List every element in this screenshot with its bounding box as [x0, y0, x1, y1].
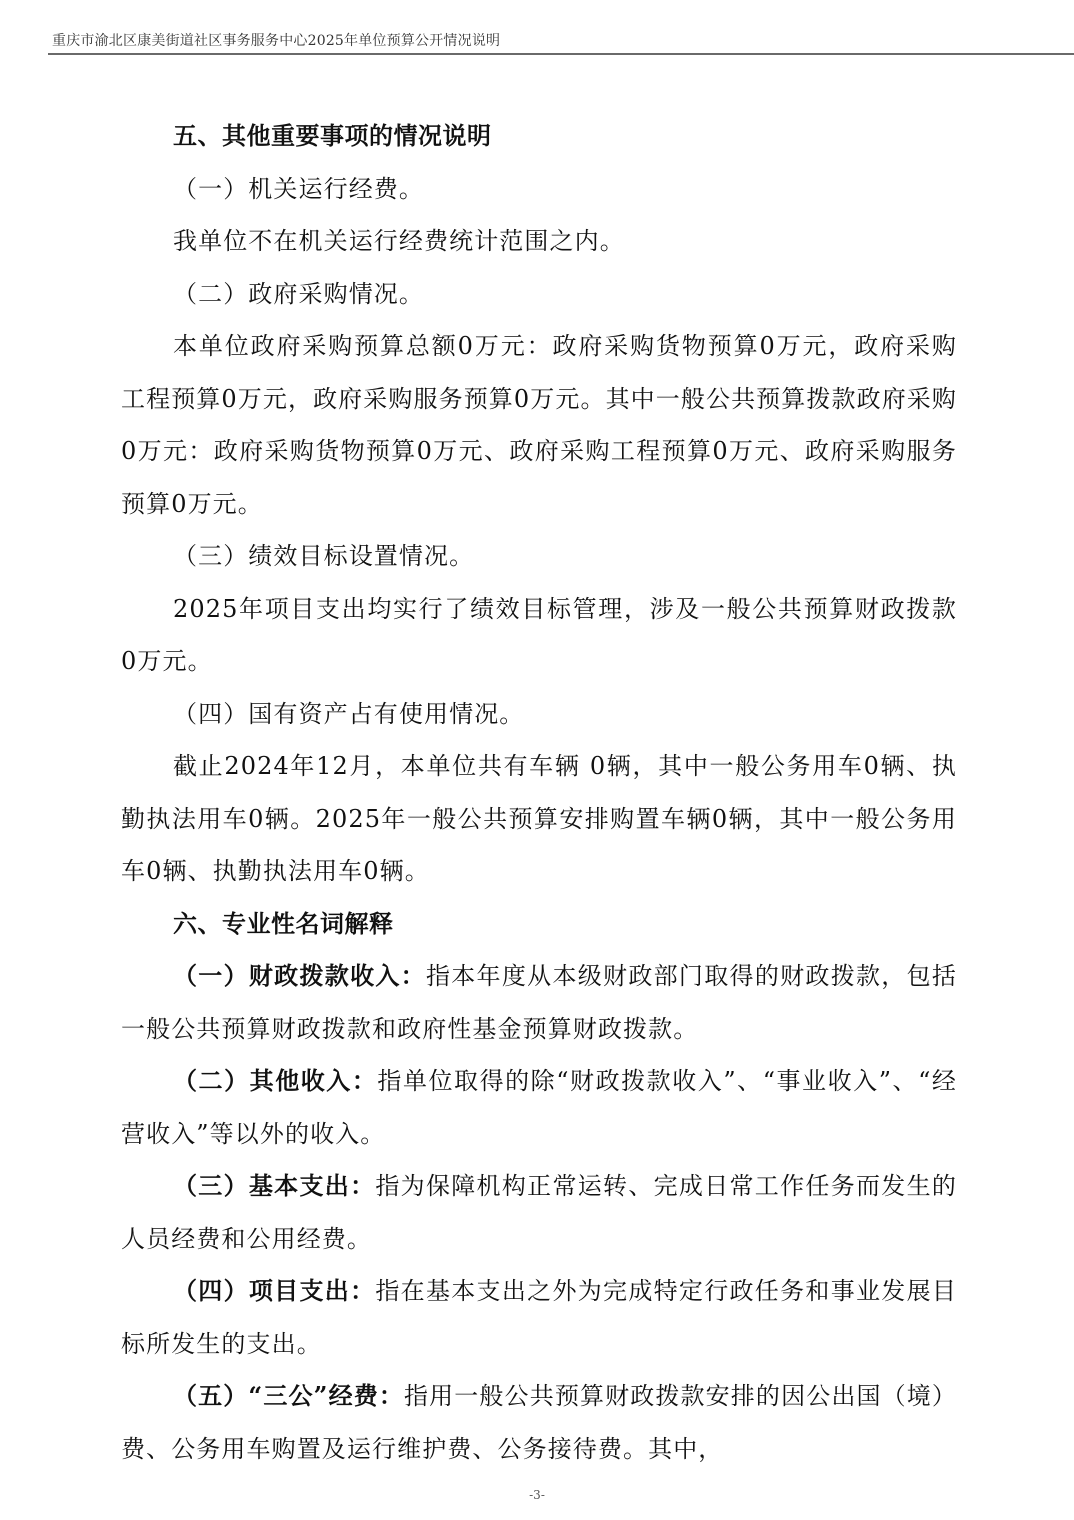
paragraph: 本单位政府采购预算总额0万元：政府采购货物预算0万元，政府采购工程预算0万元，政… [121, 320, 957, 530]
subsection-title: （二）政府采购情况。 [121, 268, 957, 321]
document-body: 五、其他重要事项的情况说明 （一）机关运行经费。 我单位不在机关运行经费统计范围… [121, 110, 957, 1475]
term-definition: （四）项目支出：指在基本支出之外为完成特定行政任务和事业发展目标所发生的支出。 [121, 1265, 957, 1370]
term-definition: （一）财政拨款收入：指本年度从本级财政部门取得的财政拨款，包括一般公共预算财政拨… [121, 950, 957, 1055]
section-heading: 五、其他重要事项的情况说明 [121, 110, 957, 163]
paragraph: 截止2024年12月，本单位共有车辆 0辆，其中一般公务用车0辆、执勤执法用车0… [121, 740, 957, 898]
paragraph: 2025年项目支出均实行了绩效目标管理，涉及一般公共预算财政拨款0万元。 [121, 583, 957, 688]
section-heading: 六、专业性名词解释 [121, 898, 957, 951]
subsection-title: （三）绩效目标设置情况。 [121, 530, 957, 583]
term-definition: （三）基本支出：指为保障机构正常运转、完成日常工作任务而发生的人员经费和公用经费… [121, 1160, 957, 1265]
paragraph: 我单位不在机关运行经费统计范围之内。 [121, 215, 957, 268]
term-definition: （五）“三公”经费：指用一般公共预算财政拨款安排的因公出国（境）费、公务用车购置… [121, 1370, 957, 1475]
running-header: 重庆市渝北区康美街道社区事务服务中心2025年单位预算公开情况说明 [52, 30, 500, 50]
term-label: （一）财政拨款收入： [173, 961, 426, 990]
subsection-title: （四）国有资产占有使用情况。 [121, 688, 957, 741]
term-label: （三）基本支出： [173, 1171, 375, 1200]
page-number: -3- [0, 1488, 1074, 1502]
header-divider [48, 53, 1074, 55]
term-definition: （二）其他收入：指单位取得的除“财政拨款收入”、“事业收入”、“经营收入”等以外… [121, 1055, 957, 1160]
subsection-title: （一）机关运行经费。 [121, 163, 957, 216]
term-label: （四）项目支出： [173, 1276, 375, 1305]
term-label: （二）其他收入： [173, 1066, 377, 1095]
term-label: （五）“三公”经费： [173, 1381, 404, 1410]
